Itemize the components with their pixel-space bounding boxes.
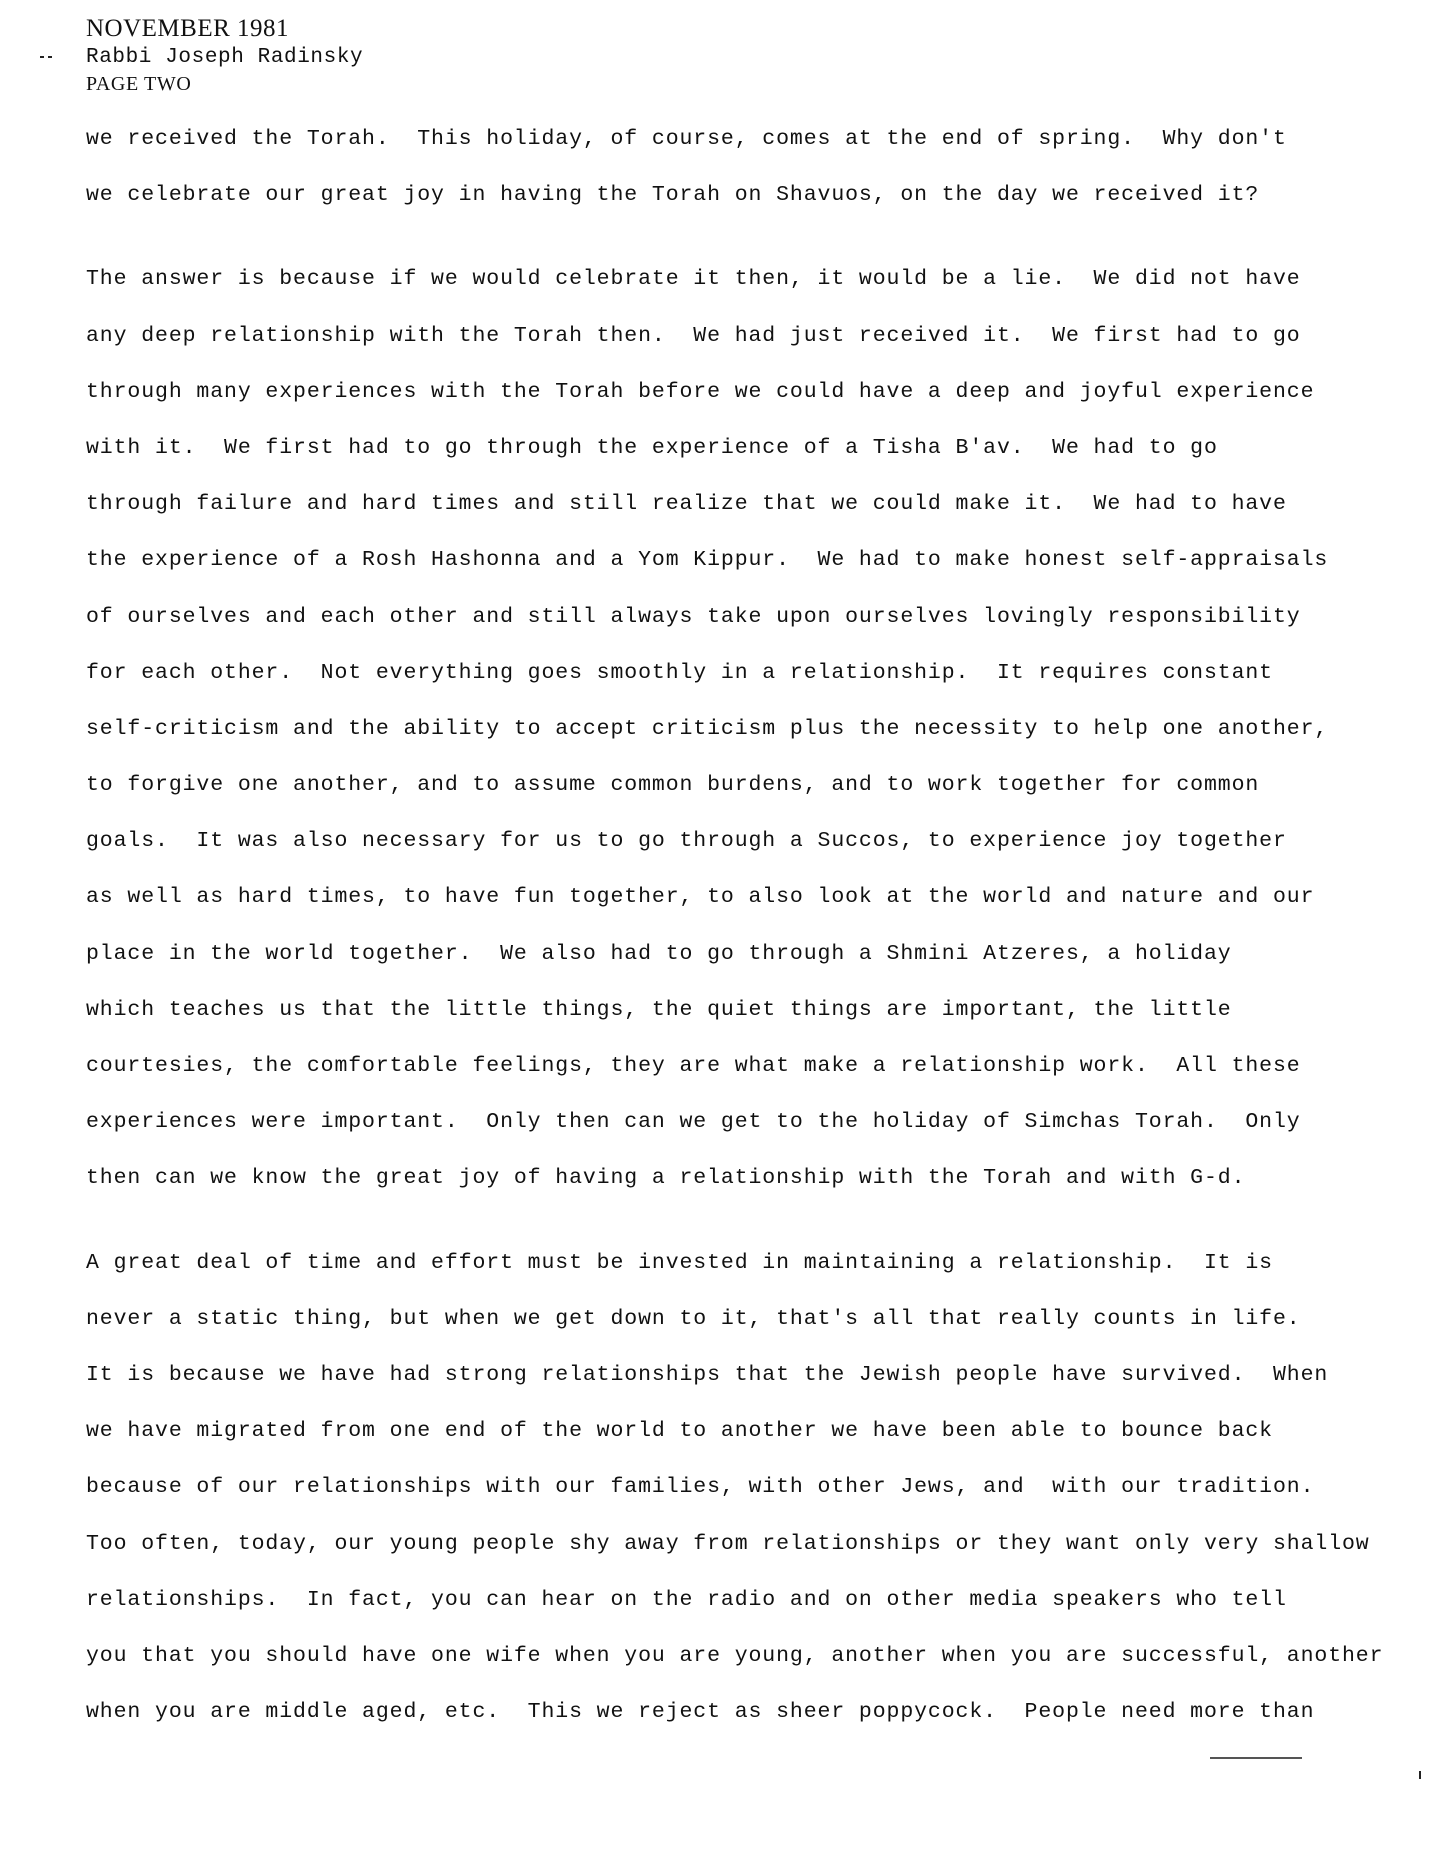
text-line: then can we know the great joy of having…: [86, 1161, 1416, 1217]
header-date: NOVEMBER 1981: [86, 14, 363, 44]
document-body: we received the Torah. This holiday, of …: [86, 122, 1416, 1751]
header-author: Rabbi Joseph Radinsky: [86, 44, 363, 72]
text-line: which teaches us that the little things,…: [86, 993, 1416, 1049]
text-line: courtesies, the comfortable feelings, th…: [86, 1049, 1416, 1105]
text-line: through many experiences with the Torah …: [86, 375, 1416, 431]
text-line: place in the world together. We also had…: [86, 937, 1416, 993]
text-line: never a static thing, but when we get do…: [86, 1302, 1416, 1358]
paragraph: we received the Torah. This holiday, of …: [86, 122, 1416, 234]
document-header: NOVEMBER 1981 Rabbi Joseph Radinsky PAGE…: [86, 14, 363, 96]
text-line: we celebrate our great joy in having the…: [86, 178, 1416, 234]
text-line: A great deal of time and effort must be …: [86, 1246, 1416, 1302]
document-page: NOVEMBER 1981 Rabbi Joseph Radinsky PAGE…: [0, 0, 1430, 1851]
text-line: as well as hard times, to have fun toget…: [86, 880, 1416, 936]
paragraph: A great deal of time and effort must be …: [86, 1246, 1416, 1752]
text-line: when you are middle aged, etc. This we r…: [86, 1695, 1416, 1751]
text-line: of ourselves and each other and still al…: [86, 600, 1416, 656]
text-line: It is because we have had strong relatio…: [86, 1358, 1416, 1414]
scan-mark: [40, 56, 44, 58]
scan-mark: [48, 56, 52, 58]
header-page-label: PAGE TWO: [86, 72, 363, 96]
text-line: experiences were important. Only then ca…: [86, 1105, 1416, 1161]
scan-mark: [1419, 1771, 1421, 1779]
text-line: to forgive one another, and to assume co…: [86, 768, 1416, 824]
text-line: goals. It was also necessary for us to g…: [86, 824, 1416, 880]
paragraph: The answer is because if we would celebr…: [86, 262, 1416, 1217]
text-line: relationships. In fact, you can hear on …: [86, 1583, 1416, 1639]
text-line: we received the Torah. This holiday, of …: [86, 122, 1416, 178]
text-line: with it. We first had to go through the …: [86, 431, 1416, 487]
text-line: The answer is because if we would celebr…: [86, 262, 1416, 318]
paragraph-gap: [86, 1218, 1416, 1246]
bottom-rule: [1210, 1757, 1302, 1759]
text-line: we have migrated from one end of the wor…: [86, 1414, 1416, 1470]
text-line: because of our relationships with our fa…: [86, 1470, 1416, 1526]
text-line: Too often, today, our young people shy a…: [86, 1527, 1416, 1583]
text-line: through failure and hard times and still…: [86, 487, 1416, 543]
text-line: self-criticism and the ability to accept…: [86, 712, 1416, 768]
text-line: the experience of a Rosh Hashonna and a …: [86, 543, 1416, 599]
paragraph-gap: [86, 234, 1416, 262]
text-line: any deep relationship with the Torah the…: [86, 319, 1416, 375]
text-line: for each other. Not everything goes smoo…: [86, 656, 1416, 712]
text-line: you that you should have one wife when y…: [86, 1639, 1416, 1695]
